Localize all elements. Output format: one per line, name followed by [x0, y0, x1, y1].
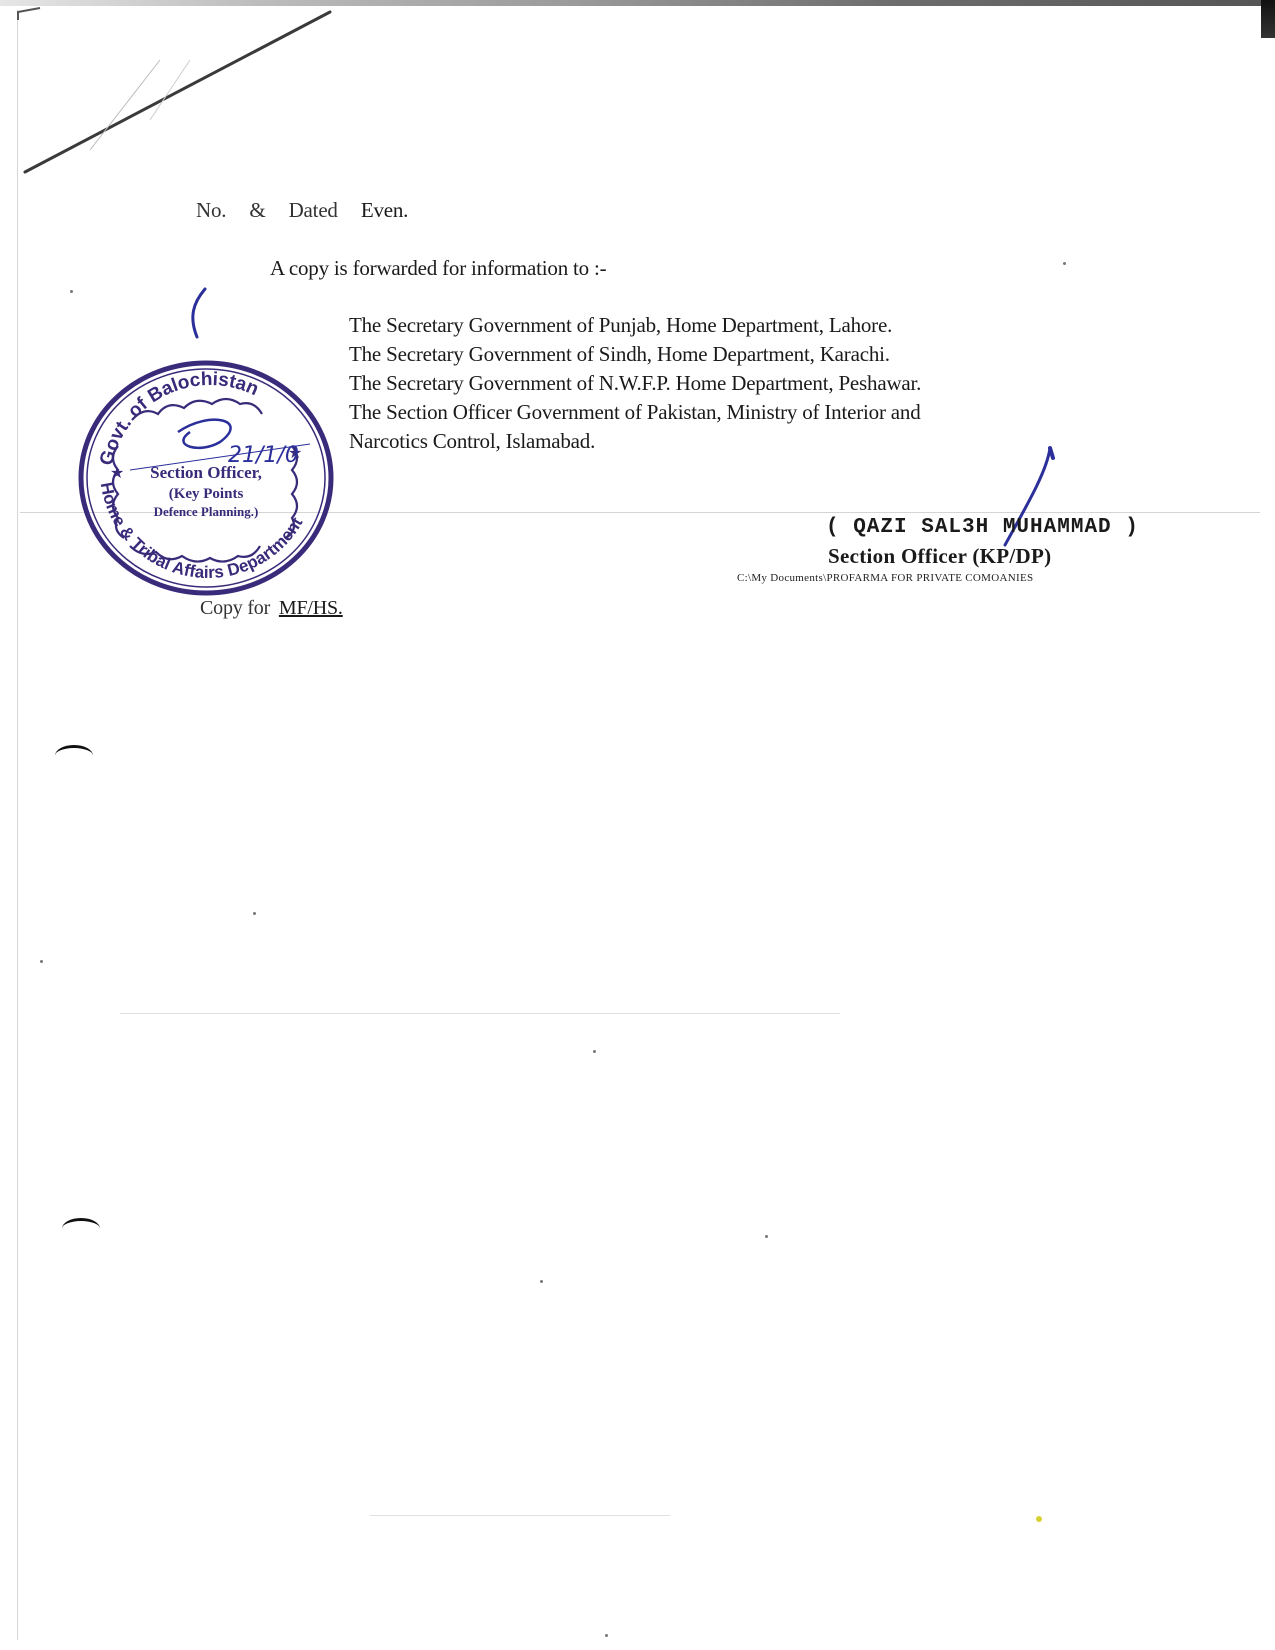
speck: [593, 1050, 596, 1053]
speck: [70, 290, 73, 293]
svg-text:(Key Points: (Key Points: [169, 486, 244, 502]
copy-note-prefix: Copy for: [200, 597, 270, 619]
signatory-name: ( QAZI SAL3H MUHAMMAD ): [826, 516, 1139, 539]
strike-mark-icon: [0, 0, 360, 190]
speck: [605, 1634, 608, 1637]
recipient-interior-cont: Narcotics Control, Islamabad.: [349, 429, 921, 458]
recipient-punjab: The Secretary Government of Punjab, Home…: [349, 313, 921, 342]
speck: [1063, 262, 1066, 265]
recipient-nwfp: The Secretary Government of N.W.F.P. Hom…: [349, 371, 921, 400]
copy-note: Copy for MF/HS.: [200, 597, 343, 620]
svg-text:Defence Planning.): Defence Planning.): [154, 504, 259, 519]
file-path-footer: C:\My Documents\PROFARMA FOR PRIVATE COM…: [737, 572, 1033, 584]
recipient-list: The Secretary Government of Punjab, Home…: [349, 313, 921, 458]
signatory-title: Section Officer (KP/DP): [828, 544, 1051, 569]
punch-hole-bottom: [62, 1218, 100, 1239]
reference-line: No. & Dated Even.: [196, 198, 408, 223]
speck: [40, 960, 43, 963]
recipient-sindh: The Secretary Government of Sindh, Home …: [349, 342, 921, 371]
scan-corner-shadow: [1261, 0, 1275, 38]
recipient-interior: The Section Officer Government of Pakist…: [349, 400, 921, 429]
official-stamp-icon: Govt. of Balochistan Home & Tribal Affai…: [70, 350, 342, 600]
punch-hole-top: [55, 745, 93, 766]
svg-text:★: ★: [110, 463, 124, 482]
ref-no: No.: [196, 198, 226, 222]
scan-fold-line-2: [120, 1013, 840, 1014]
speck: [765, 1235, 768, 1238]
speck: [540, 1280, 543, 1283]
speck: [253, 912, 256, 915]
ref-dated: Dated: [289, 198, 338, 222]
forwarding-intro: A copy is forwarded for information to :…: [270, 256, 606, 281]
scan-fold-line-3: [370, 1515, 670, 1516]
scan-left-edge: [17, 10, 18, 1640]
tick-mark-icon: [175, 285, 215, 345]
ref-amp: &: [249, 198, 265, 222]
ref-even: Even.: [361, 198, 408, 222]
yellow-spot: [1036, 1516, 1042, 1522]
copy-note-target: MF/HS.: [279, 597, 343, 619]
